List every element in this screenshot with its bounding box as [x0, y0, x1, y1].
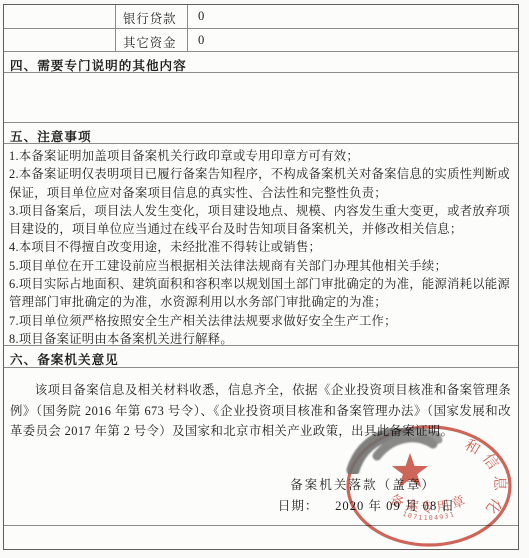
note-item-5: 5.项目单位在开工建设前应当根据相关法律法规商有关部门办理其他相关手续； [9, 257, 512, 275]
section-five-header: 五、注意事项 [4, 123, 518, 144]
filing-date-line: 日期： 2020 年 09 月 08 日 [278, 495, 455, 514]
note-item-1: 1.本备案证明加盖项目备案机关行政印章或专用印章方可有效； [9, 147, 512, 165]
funding-row-other-funds: 其它资金 0 [4, 29, 518, 52]
note-item-2: 2.本备案证明仅表明项目已履行备案告知程序，不构成备案机关对备案信息的实质性判断… [9, 165, 512, 202]
section-four-content-empty [4, 73, 518, 123]
funding-value-bank-loan: 0 [188, 5, 518, 28]
note-item-4: 4.本项目不得擅自改变用途，未经批准不得转让或销售； [9, 238, 512, 256]
section-six-content: 该项目备案信息及相关材料收悉，信息齐全，依据《企业投资项目核准和备案管理条例》（… [4, 368, 518, 526]
funding-label-other-funds: 其它资金 [116, 29, 188, 51]
note-item-3: 3.项目备案后，项目法人发生变化，项目建设地点、规模、内容发生重大变更，或者放弃… [9, 202, 512, 239]
scanned-filing-certificate-page: 银行贷款 0 其它资金 0 四、需要专门说明的其他内容 五、注意事项 1.本备案… [0, 0, 529, 558]
authority-opinion-paragraph: 该项目备案信息及相关材料收悉，信息齐全，依据《企业投资项目核准和备案管理条例》（… [4, 368, 518, 442]
note-item-6: 6.项目实际占地面积、建筑面积和容积率以规划国土部门审批确定的为准，能源消耗以能… [9, 275, 512, 312]
note-item-7: 7.项目单位须严格按照安全生产相关法律法规要求做好安全生产工作； [9, 312, 512, 330]
section-five-notes-list: 1.本备案证明加盖项目备案机关行政印章或专用印章方可有效； 2.本备案证明仅表明… [4, 144, 518, 346]
section-four-header: 四、需要专门说明的其他内容 [4, 52, 518, 73]
authority-signature-label: 备案机关落款（盖章） [290, 474, 436, 493]
section-six-header: 六、备案机关意见 [4, 346, 518, 368]
funding-value-other-funds: 0 [188, 29, 518, 51]
bottom-empty-row [4, 526, 518, 551]
funding-label-bank-loan: 银行贷款 [116, 5, 188, 28]
certificate-table: 银行贷款 0 其它资金 0 四、需要专门说明的其他内容 五、注意事项 1.本备案… [3, 4, 519, 550]
funding-row-bank-loan: 银行贷款 0 [4, 5, 518, 29]
funding-category-spacer-cell [4, 5, 116, 28]
funding-category-spacer-cell [4, 29, 116, 51]
